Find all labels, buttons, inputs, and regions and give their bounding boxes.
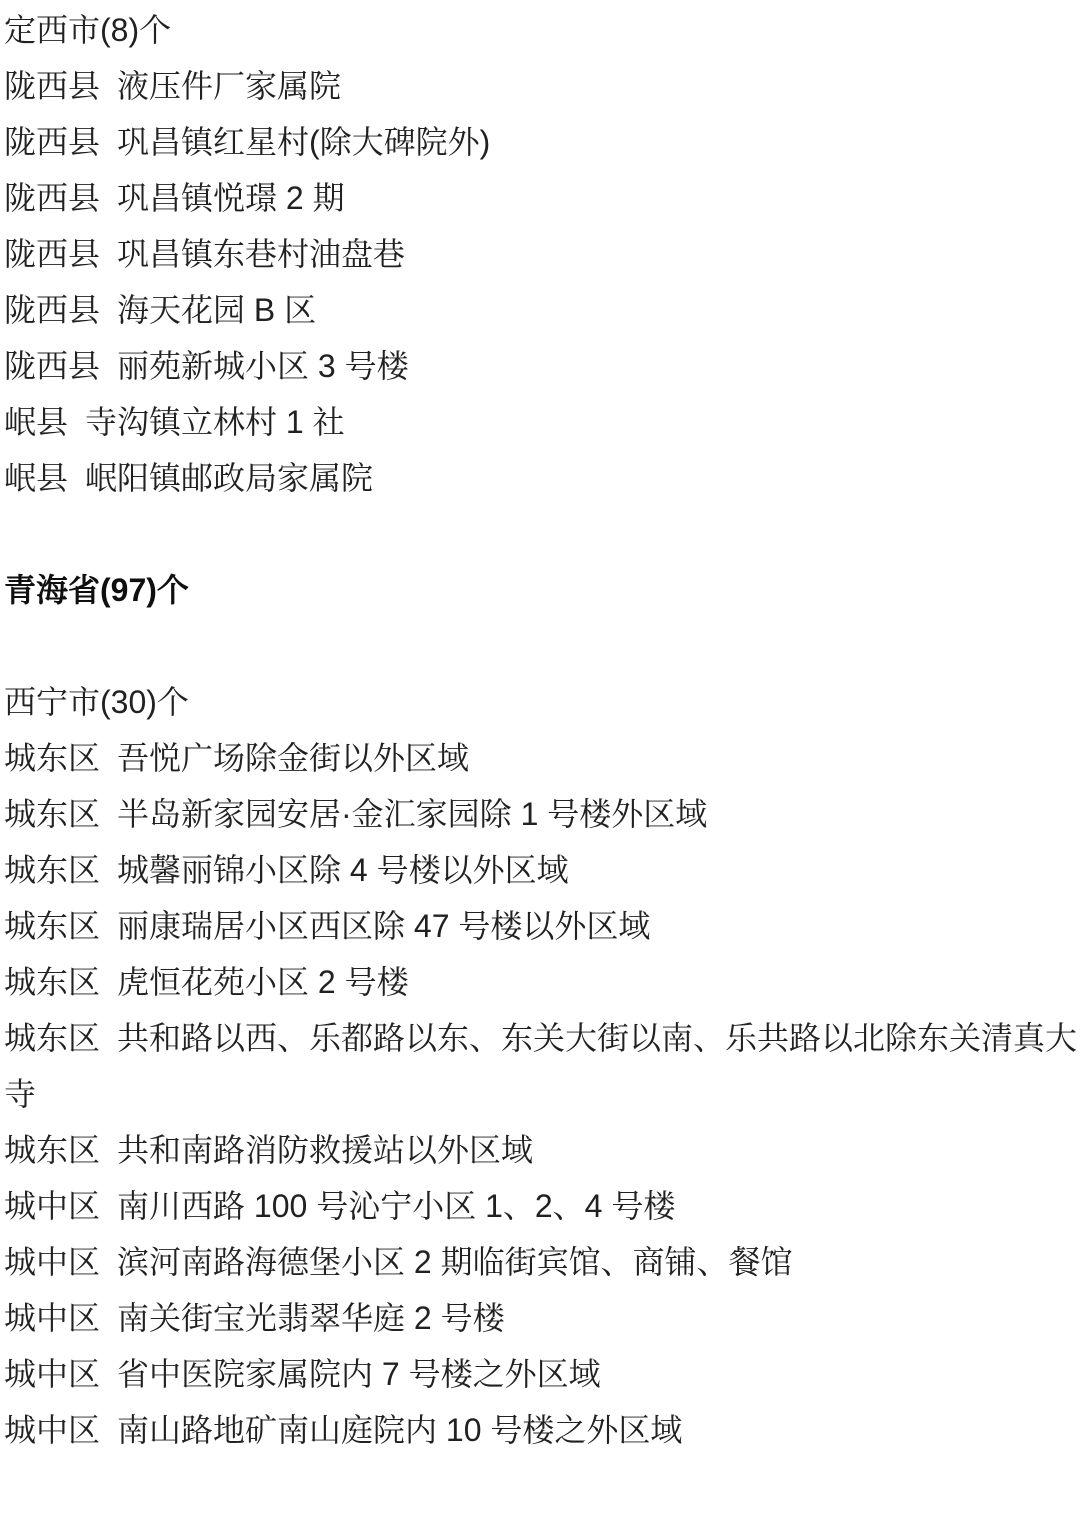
area-text: 寺沟镇立林村 1 社	[85, 404, 345, 440]
district-label: 城中区	[4, 1356, 100, 1392]
area-text: 巩昌镇悦璟 2 期	[117, 180, 345, 216]
list-item: 城东区吾悦广场除金街以外区域	[4, 730, 1080, 786]
list-item: 城中区南关街宝光翡翠华庭 2 号楼	[4, 1290, 1080, 1346]
list-item: 陇西县巩昌镇东巷村油盘巷	[4, 226, 1080, 282]
list-item: 城中区滨河南路海德堡小区 2 期临街宾馆、商铺、餐馆	[4, 1234, 1080, 1290]
list-item: 城东区城馨丽锦小区除 4 号楼以外区域	[4, 842, 1080, 898]
district-label: 城中区	[4, 1300, 100, 1336]
district-label: 城中区	[4, 1412, 100, 1448]
list-item: 陇西县丽苑新城小区 3 号楼	[4, 338, 1080, 394]
province-heading: 青海省(97)个	[4, 562, 1080, 618]
area-text: 南山路地矿南山庭院内 10 号楼之外区域	[117, 1412, 682, 1448]
district-label: 岷县	[4, 404, 68, 440]
blank-line	[4, 618, 1080, 674]
list-item: 岷县岷阳镇邮政局家属院	[4, 450, 1080, 506]
district-label: 陇西县	[4, 348, 100, 384]
area-text: 岷阳镇邮政局家属院	[85, 460, 373, 496]
list-item: 城东区共和路以西、乐都路以东、东关大街以南、乐共路以北除东关清真大寺	[4, 1010, 1080, 1122]
district-label: 陇西县	[4, 236, 100, 272]
district-label: 陇西县	[4, 68, 100, 104]
area-text: 巩昌镇东巷村油盘巷	[117, 236, 405, 272]
city-heading: 定西市(8)个	[4, 2, 1080, 58]
list-item: 陇西县液压件厂家属院	[4, 58, 1080, 114]
district-label: 陇西县	[4, 124, 100, 160]
list-item: 城东区丽康瑞居小区西区除 47 号楼以外区域	[4, 898, 1080, 954]
district-label: 陇西县	[4, 180, 100, 216]
area-text: 南川西路 100 号沁宁小区 1、2、4 号楼	[117, 1188, 675, 1224]
area-text: 半岛新家园安居·金汇家园除 1 号楼外区域	[117, 796, 707, 832]
district-label: 陇西县	[4, 292, 100, 328]
list-item: 陇西县巩昌镇悦璟 2 期	[4, 170, 1080, 226]
list-item: 陇西县巩昌镇红星村(除大碑院外)	[4, 114, 1080, 170]
area-text: 滨河南路海德堡小区 2 期临街宾馆、商铺、餐馆	[117, 1244, 793, 1280]
district-label: 城东区	[4, 908, 100, 944]
district-label: 城东区	[4, 740, 100, 776]
area-text: 虎恒花苑小区 2 号楼	[117, 964, 409, 1000]
area-text: 南关街宝光翡翠华庭 2 号楼	[117, 1300, 505, 1336]
list-item: 城中区南川西路 100 号沁宁小区 1、2、4 号楼	[4, 1178, 1080, 1234]
district-label: 城东区	[4, 964, 100, 1000]
area-text: 吾悦广场除金街以外区域	[117, 740, 469, 776]
list-item: 城中区省中医院家属院内 7 号楼之外区域	[4, 1346, 1080, 1402]
district-label: 岷县	[4, 460, 68, 496]
district-label: 城东区	[4, 1132, 100, 1168]
district-label: 城中区	[4, 1244, 100, 1280]
area-text: 共和南路消防救援站以外区域	[117, 1132, 533, 1168]
list-item: 城东区共和南路消防救援站以外区域	[4, 1122, 1080, 1178]
area-text: 丽康瑞居小区西区除 47 号楼以外区域	[117, 908, 650, 944]
list-item: 陇西县海天花园 B 区	[4, 282, 1080, 338]
area-text: 丽苑新城小区 3 号楼	[117, 348, 409, 384]
district-label: 城中区	[4, 1188, 100, 1224]
area-text: 共和路以西、乐都路以东、东关大街以南、乐共路以北除东关清真大寺	[4, 1020, 1077, 1112]
district-label: 城东区	[4, 1020, 100, 1056]
list-item: 岷县寺沟镇立林村 1 社	[4, 394, 1080, 450]
document-body: 定西市(8)个 陇西县液压件厂家属院 陇西县巩昌镇红星村(除大碑院外) 陇西县巩…	[0, 0, 1080, 1458]
list-item: 城东区虎恒花苑小区 2 号楼	[4, 954, 1080, 1010]
blank-line	[4, 506, 1080, 562]
area-text: 海天花园 B 区	[117, 292, 316, 328]
district-label: 城东区	[4, 796, 100, 832]
area-text: 省中医院家属院内 7 号楼之外区域	[117, 1356, 601, 1392]
area-text: 巩昌镇红星村(除大碑院外)	[117, 124, 490, 160]
district-label: 城东区	[4, 852, 100, 888]
list-item: 城东区半岛新家园安居·金汇家园除 1 号楼外区域	[4, 786, 1080, 842]
city-heading: 西宁市(30)个	[4, 674, 1080, 730]
list-item: 城中区南山路地矿南山庭院内 10 号楼之外区域	[4, 1402, 1080, 1458]
area-text: 城馨丽锦小区除 4 号楼以外区域	[117, 852, 569, 888]
area-text: 液压件厂家属院	[117, 68, 341, 104]
